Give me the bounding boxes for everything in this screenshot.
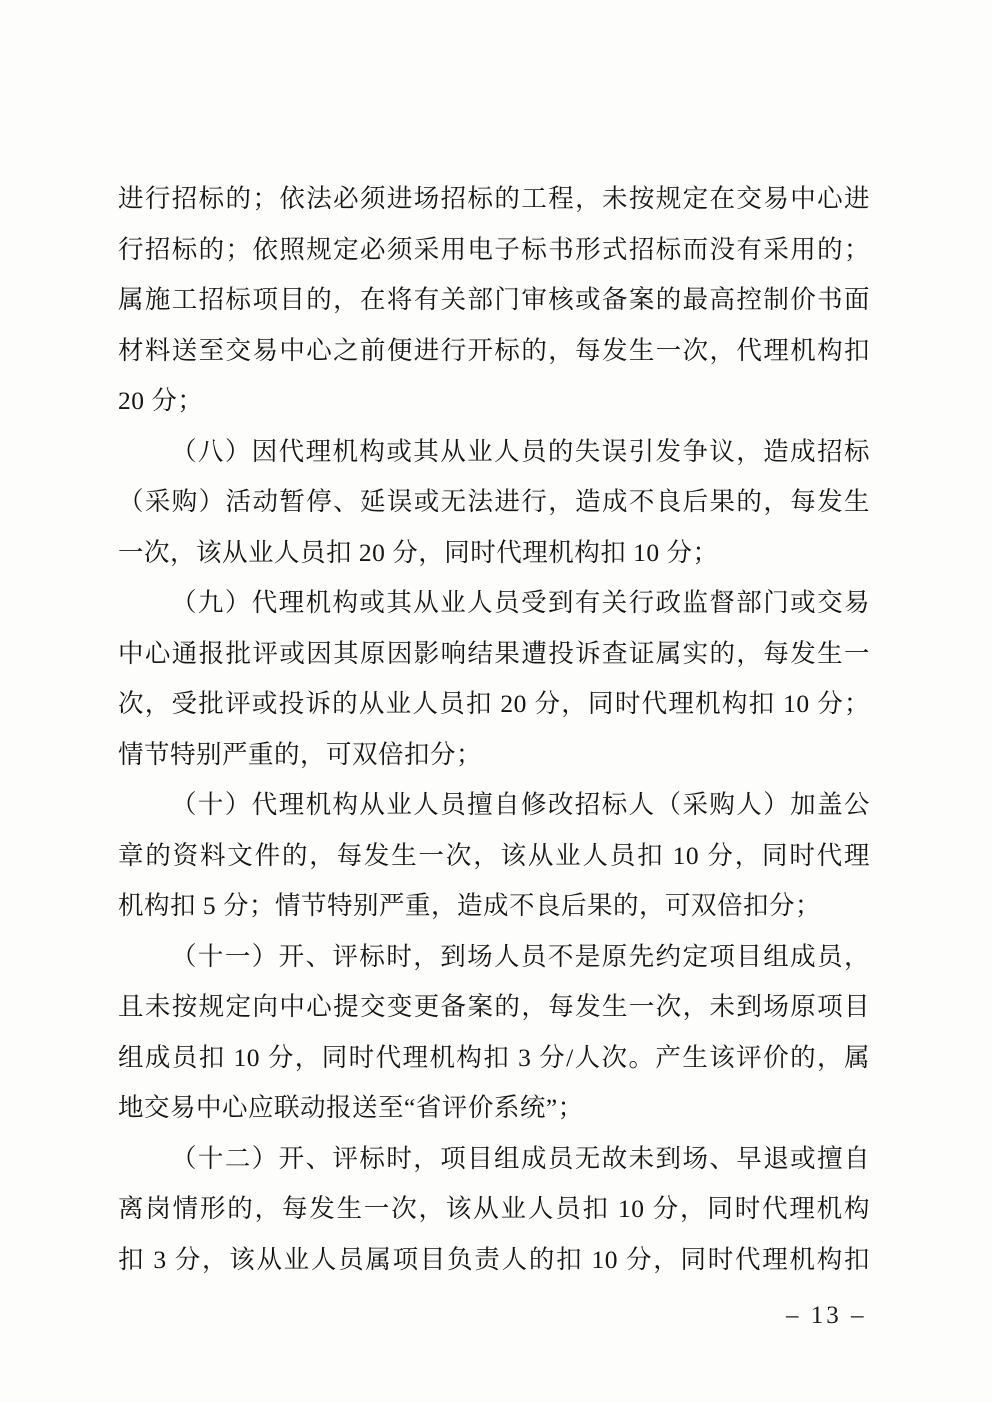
text-line: （十）代理机构从业人员擅自修改招标人（采购人）加盖公 xyxy=(118,780,870,831)
text-line: 组成员扣 10 分，同时代理机构扣 3 分/人次。产生该评价的，属 xyxy=(118,1033,870,1084)
document-body: 进行招标的；依法必须进场招标的工程，未按规定在交易中心进 行招标的；依照规定必须… xyxy=(118,174,870,1285)
text-line: （采购）活动暂停、延误或无法进行，造成不良后果的，每发生 xyxy=(118,477,870,528)
text-line: 材料送至交易中心之前便进行开标的，每发生一次，代理机构扣 xyxy=(118,326,870,377)
paragraph-clause-8: （八）因代理机构或其从业人员的失误引发争议，造成招标 （采购）活动暂停、延误或无… xyxy=(118,427,870,579)
paragraph-clause-12: （十二）开、评标时，项目组成员无故未到场、早退或擅自 离岗情形的，每发生一次，该… xyxy=(118,1134,870,1286)
paragraph-clause-9: （九）代理机构或其从业人员受到有关行政监督部门或交易 中心通报批评或因其原因影响… xyxy=(118,578,870,780)
text-line: 章的资料文件的，每发生一次，该从业人员扣 10 分，同时代理 xyxy=(118,831,870,882)
text-line: 属施工招标项目的，在将有关部门审核或备案的最高控制价书面 xyxy=(118,275,870,326)
text-line: 次，受批评或投诉的从业人员扣 20 分，同时代理机构扣 10 分； xyxy=(118,679,870,730)
text-line: （十一）开、评标时，到场人员不是原先约定项目组成员， xyxy=(118,932,870,983)
text-line: 20 分； xyxy=(118,376,870,427)
text-line: 情节特别严重的，可双倍扣分； xyxy=(118,730,870,781)
page-number: – 13 – xyxy=(786,1302,867,1330)
text-line: 离岗情形的，每发生一次，该从业人员扣 10 分，同时代理机构 xyxy=(118,1184,870,1235)
paragraph-continuation: 进行招标的；依法必须进场招标的工程，未按规定在交易中心进 行招标的；依照规定必须… xyxy=(118,174,870,427)
text-line: 扣 3 分，该从业人员属项目负责人的扣 10 分，同时代理机构扣 xyxy=(118,1235,870,1286)
text-line: 行招标的；依照规定必须采用电子标书形式招标而没有采用的； xyxy=(118,225,870,276)
text-line: （十二）开、评标时，项目组成员无故未到场、早退或擅自 xyxy=(118,1134,870,1185)
text-line: 一次，该从业人员扣 20 分，同时代理机构扣 10 分； xyxy=(118,528,870,579)
paragraph-clause-11: （十一）开、评标时，到场人员不是原先约定项目组成员， 且未按规定向中心提交变更备… xyxy=(118,932,870,1134)
text-line: 机构扣 5 分；情节特别严重，造成不良后果的，可双倍扣分； xyxy=(118,881,870,932)
text-line: （九）代理机构或其从业人员受到有关行政监督部门或交易 xyxy=(118,578,870,629)
document-page: 进行招标的；依法必须进场招标的工程，未按规定在交易中心进 行招标的；依照规定必须… xyxy=(0,0,992,1403)
paragraph-clause-10: （十）代理机构从业人员擅自修改招标人（采购人）加盖公 章的资料文件的，每发生一次… xyxy=(118,780,870,932)
text-line: 中心通报批评或因其原因影响结果遭投诉查证属实的，每发生一 xyxy=(118,629,870,680)
text-line: 进行招标的；依法必须进场招标的工程，未按规定在交易中心进 xyxy=(118,174,870,225)
text-line: 且未按规定向中心提交变更备案的，每发生一次，未到场原项目 xyxy=(118,982,870,1033)
text-line: （八）因代理机构或其从业人员的失误引发争议，造成招标 xyxy=(118,427,870,478)
text-line: 地交易中心应联动报送至“省评价系统”； xyxy=(118,1083,870,1134)
